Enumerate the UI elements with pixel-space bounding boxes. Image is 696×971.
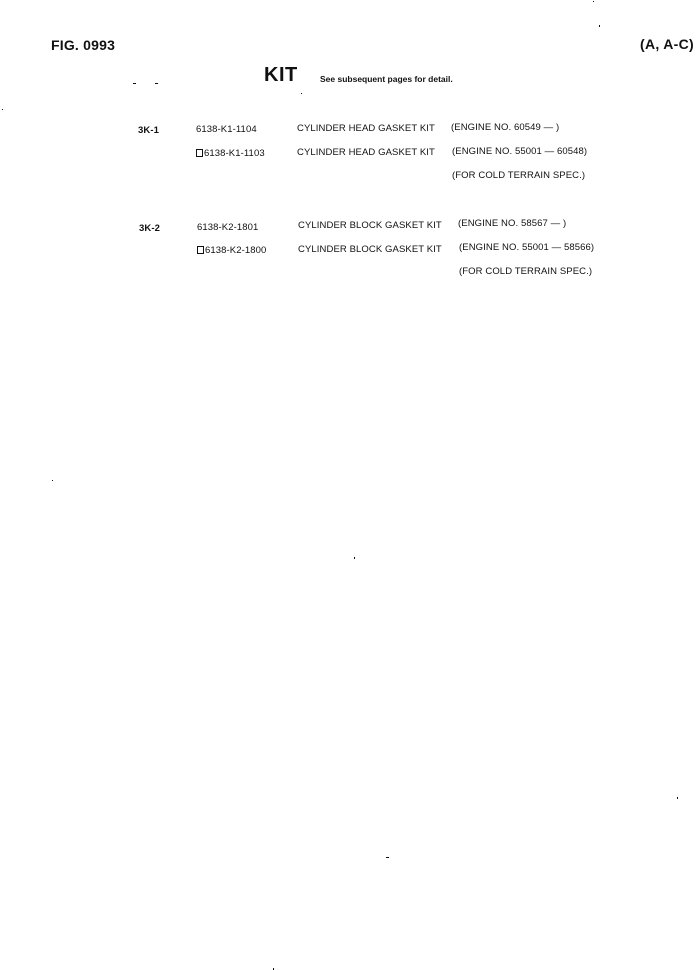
- part-remark: (ENGINE NO. 55001 — 60548): [452, 146, 587, 157]
- scan-speck: [2, 109, 3, 110]
- scan-speck: [133, 83, 136, 84]
- part-description: CYLINDER HEAD GASKET KIT: [297, 147, 435, 158]
- scan-speck: [386, 857, 389, 858]
- part-description: CYLINDER BLOCK GASKET KIT: [298, 220, 442, 231]
- part-number: 6138-K2-1800: [205, 245, 266, 256]
- part-description: CYLINDER HEAD GASKET KIT: [297, 123, 435, 134]
- scan-speck: [677, 797, 678, 799]
- part-remark: (ENGINE NO. 58567 — ): [458, 218, 566, 229]
- ref-number: 3K-1: [138, 125, 159, 136]
- part-remark: (FOR COLD TERRAIN SPEC.): [459, 266, 592, 277]
- section-title: KIT: [264, 64, 298, 87]
- part-description: CYLINDER BLOCK GASKET KIT: [298, 244, 442, 255]
- scan-speck: [52, 480, 53, 481]
- part-number: 6138-K1-1103: [204, 148, 265, 159]
- part-number: 6138-K2-1801: [197, 222, 258, 233]
- scan-speck: [354, 557, 355, 559]
- part-remark: (ENGINE NO. 60549 — ): [451, 122, 559, 133]
- part-number-cell: 6138-K2-1800: [197, 245, 266, 256]
- scan-speck: [599, 25, 600, 27]
- model-applicability: (A, A-C): [640, 36, 694, 52]
- part-remark: (ENGINE NO. 55001 — 58566): [459, 242, 594, 253]
- scan-speck: [155, 83, 158, 84]
- scan-speck: [301, 93, 302, 94]
- part-number: 6138-K1-1104: [196, 124, 257, 135]
- figure-number: FIG. 0993: [51, 37, 115, 53]
- substitute-box-icon: [196, 149, 203, 157]
- scan-speck: [593, 1, 594, 2]
- ref-number: 3K-2: [139, 223, 160, 234]
- scan-speck: [273, 968, 274, 970]
- substitute-box-icon: [197, 246, 204, 254]
- part-remark: (FOR COLD TERRAIN SPEC.): [452, 170, 585, 181]
- part-number-cell: 6138-K1-1103: [196, 148, 265, 159]
- section-note: See subsequent pages for detail.: [320, 74, 453, 84]
